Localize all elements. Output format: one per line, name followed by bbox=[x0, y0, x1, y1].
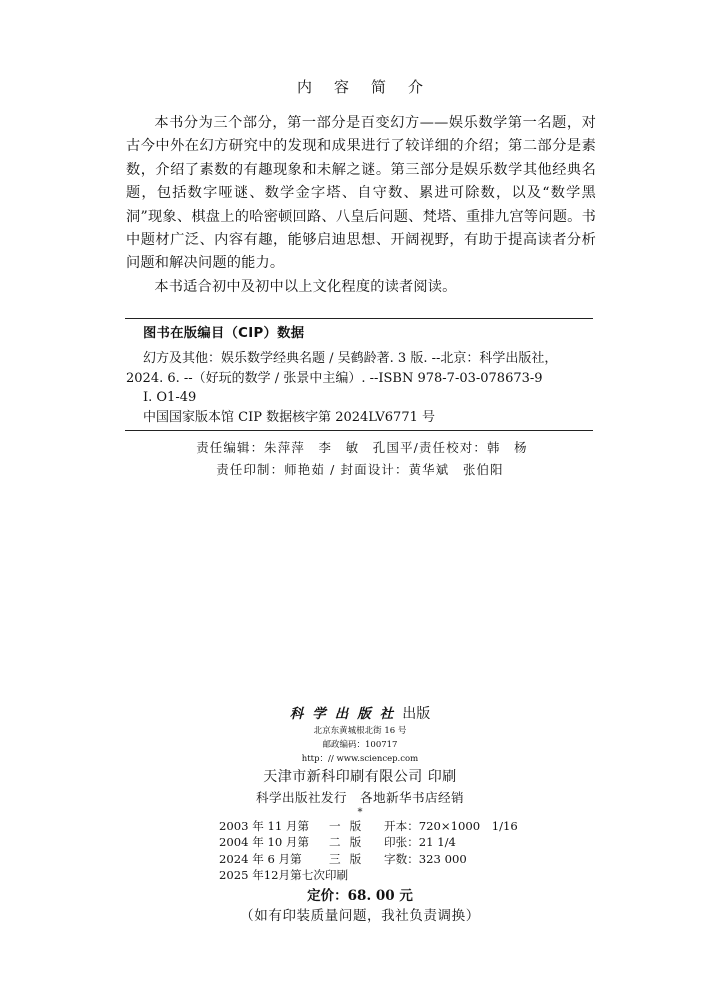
edition-date: 2003 年 11 月第 bbox=[219, 818, 329, 834]
cip-line: 幻方及其他：娱乐数学经典名题 / 吴鹤龄著. 3 版. --北京：科学出版社， bbox=[126, 349, 596, 369]
divider bbox=[125, 430, 593, 431]
edition-number: 二版 bbox=[329, 834, 384, 850]
cip-line: 中国国家版本馆 CIP 数据核字第 2024LV6771 号 bbox=[126, 408, 596, 428]
intro-paragraph: 本书适合初中及初中以上文化程度的读者阅读。 bbox=[126, 276, 596, 299]
edition-date: 2004 年 10 月第 bbox=[219, 834, 329, 850]
publisher-website: http：// www.sciencep.com bbox=[0, 752, 720, 766]
printer: 天津市新科印刷有限公司 印刷 bbox=[0, 767, 720, 788]
publisher-suffix: 出版 bbox=[402, 706, 430, 722]
cip-heading: 图书在版编目（CIP）数据 bbox=[143, 322, 304, 341]
edition-number: 三版 bbox=[329, 851, 384, 867]
publisher-name: 科学出版社出版 bbox=[0, 704, 720, 724]
publisher-logo-text: 科学出版社 bbox=[290, 706, 403, 722]
credits-production: 责任印制：师艳茹 / 封面设计：黄华斌 张伯阳 bbox=[0, 459, 720, 481]
publisher-address: 北京东黄城根北街 16 号 bbox=[0, 724, 720, 738]
edition-date: 2025 年12月第七次印刷 bbox=[219, 867, 348, 883]
edition-list: 2003 年 11 月第一版开本：720×1000 1/16 2004 年 10… bbox=[219, 818, 518, 884]
price: 定价：68. 00 元 bbox=[0, 886, 720, 906]
cip-line: 2024. 6. --（好玩的数学 / 张景中主编）. --ISBN 978-7… bbox=[126, 369, 596, 389]
cip-data: 幻方及其他：娱乐数学经典名题 / 吴鹤龄著. 3 版. --北京：科学出版社， … bbox=[126, 349, 596, 427]
credits: 责任编辑：朱萍萍 李 敏 孔国平/责任校对：韩 杨 责任印制：师艳茹 / 封面设… bbox=[0, 437, 720, 481]
divider bbox=[125, 318, 593, 319]
edition-row: 2024 年 6 月第三版字数：323 000 bbox=[219, 851, 518, 867]
edition-date: 2024 年 6 月第 bbox=[219, 851, 329, 867]
credits-editors: 责任编辑：朱萍萍 李 敏 孔国平/责任校对：韩 杨 bbox=[0, 437, 720, 459]
distribution: 科学出版社发行 各地新华书店经销 bbox=[0, 788, 720, 807]
edition-row: 2004 年 10 月第二版印张：21 1/4 bbox=[219, 834, 518, 850]
intro-paragraph: 本书分为三个部分，第一部分是百变幻方——娱乐数学第一名题，对古今中外在幻方研究中… bbox=[126, 112, 596, 276]
publisher-block: 科学出版社出版 北京东黄城根北街 16 号 邮政编码：100717 http：/… bbox=[0, 704, 720, 819]
edition-row: 2025 年12月第七次印刷 bbox=[219, 867, 518, 883]
edition-number: 一版 bbox=[329, 818, 384, 834]
edition-spec: 字数：323 000 bbox=[384, 851, 467, 867]
edition-spec: 印张：21 1/4 bbox=[384, 834, 456, 850]
quality-note: （如有印装质量问题，我社负责调换） bbox=[0, 906, 720, 926]
publisher-postcode: 邮政编码：100717 bbox=[0, 738, 720, 752]
edition-spec: 开本：720×1000 1/16 bbox=[384, 818, 518, 834]
intro-title: 内容简介 bbox=[0, 76, 720, 97]
cip-line: Ⅰ. O1-49 bbox=[126, 388, 596, 408]
intro-text: 本书分为三个部分，第一部分是百变幻方——娱乐数学第一名题，对古今中外在幻方研究中… bbox=[126, 112, 596, 299]
edition-row: 2003 年 11 月第一版开本：720×1000 1/16 bbox=[219, 818, 518, 834]
